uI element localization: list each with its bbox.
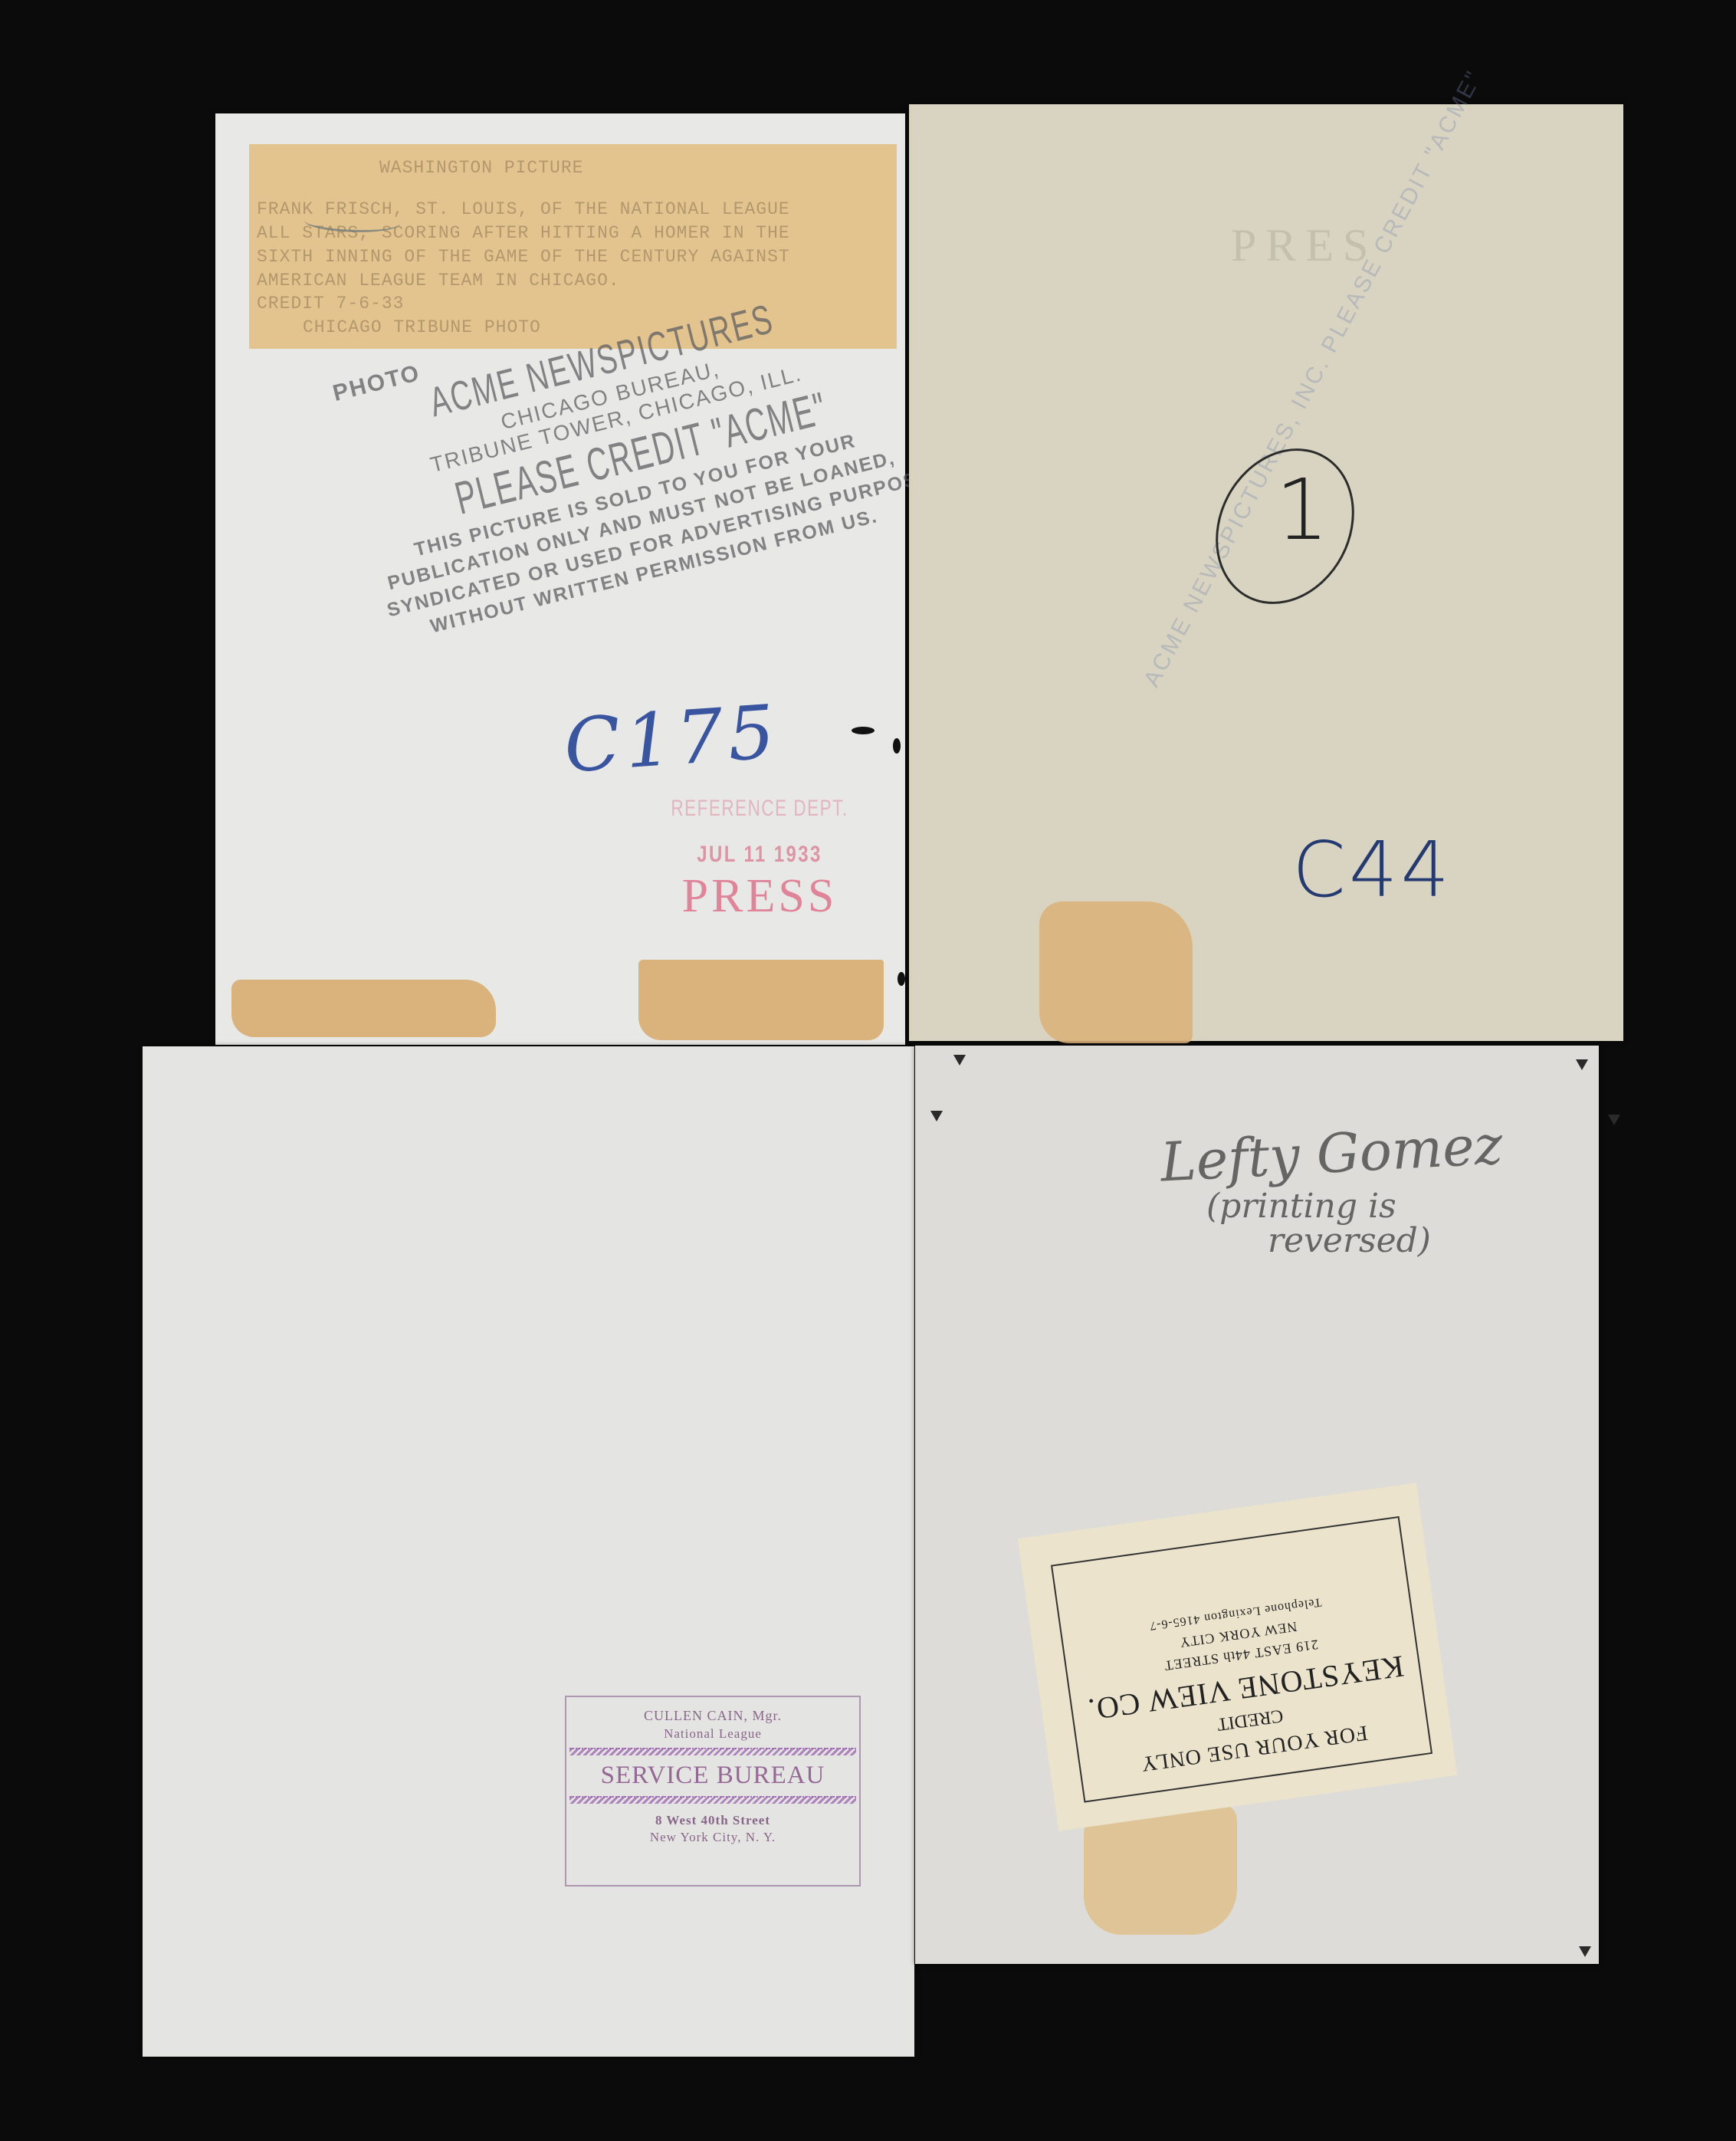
note-line: (printing is <box>1206 1187 1503 1226</box>
stamp-manager: CULLEN CAIN, Mgr. <box>566 1708 859 1724</box>
stamp-dept: REFERENCE DEPT. <box>651 796 869 822</box>
handwritten-inventory-number: C44 <box>1292 825 1452 915</box>
pin-mark <box>1608 1115 1620 1125</box>
ink-mark <box>852 727 875 734</box>
tape-residue <box>1039 901 1193 1043</box>
stamp-date: JUL 11 1933 <box>643 842 876 868</box>
stamp-title: SERVICE BUREAU <box>566 1762 859 1790</box>
tape-residue <box>231 980 496 1037</box>
stamp-city: New York City, N. Y. <box>566 1830 859 1845</box>
stamp-address: 8 West 40th Street <box>566 1813 859 1828</box>
received-date-stamp: REFERENCE DEPT. JUL 11 1933 PRESS <box>614 796 905 924</box>
ink-mark <box>893 738 901 754</box>
snipe-line: WASHINGTON PICTURE <box>379 158 889 178</box>
service-bureau-stamp: CULLEN CAIN, Mgr. National League SERVIC… <box>565 1696 861 1887</box>
pin-mark <box>930 1111 943 1121</box>
wavy-rule <box>569 1796 856 1804</box>
pin-mark <box>1576 1059 1588 1070</box>
ink-mark <box>898 972 905 986</box>
stamp-league: National League <box>566 1726 859 1742</box>
handwritten-inventory-number: C175 <box>561 688 782 789</box>
circled-number: 1 <box>1275 461 1329 559</box>
wavy-rule <box>569 1748 856 1755</box>
stamp-press: PRESS <box>614 869 905 924</box>
keystone-credit-label: FOR YOUR USE ONLY CREDIT KEYSTONE VIEW C… <box>1018 1483 1457 1831</box>
photo-back-top-right: PRES ACME NEWSPICTURES, INC. PLEASE CRED… <box>909 104 1623 1041</box>
pin-mark <box>953 1055 966 1066</box>
photo-back-bottom-left: CULLEN CAIN, Mgr. National League SERVIC… <box>143 1046 914 2057</box>
pencil-annotation: Lefty Gomez (printing is reversed) <box>1160 1122 1503 1260</box>
label-border: FOR YOUR USE ONLY CREDIT KEYSTONE VIEW C… <box>1051 1516 1432 1803</box>
photo-back-top-left: WASHINGTON PICTURE FRANK FRISCH, ST. LOU… <box>215 113 905 1045</box>
tape-residue <box>638 960 884 1040</box>
snipe-line: SIXTH INNING OF THE GAME OF THE CENTURY … <box>257 247 889 267</box>
note-line: Lefty Gomez <box>1159 1113 1504 1194</box>
pin-mark <box>1579 1946 1591 1957</box>
photo-back-bottom-right: Lefty Gomez (printing is reversed) FOR Y… <box>915 1046 1599 1964</box>
note-line: reversed) <box>1268 1221 1503 1260</box>
faint-stamp: PRES <box>1231 219 1377 272</box>
